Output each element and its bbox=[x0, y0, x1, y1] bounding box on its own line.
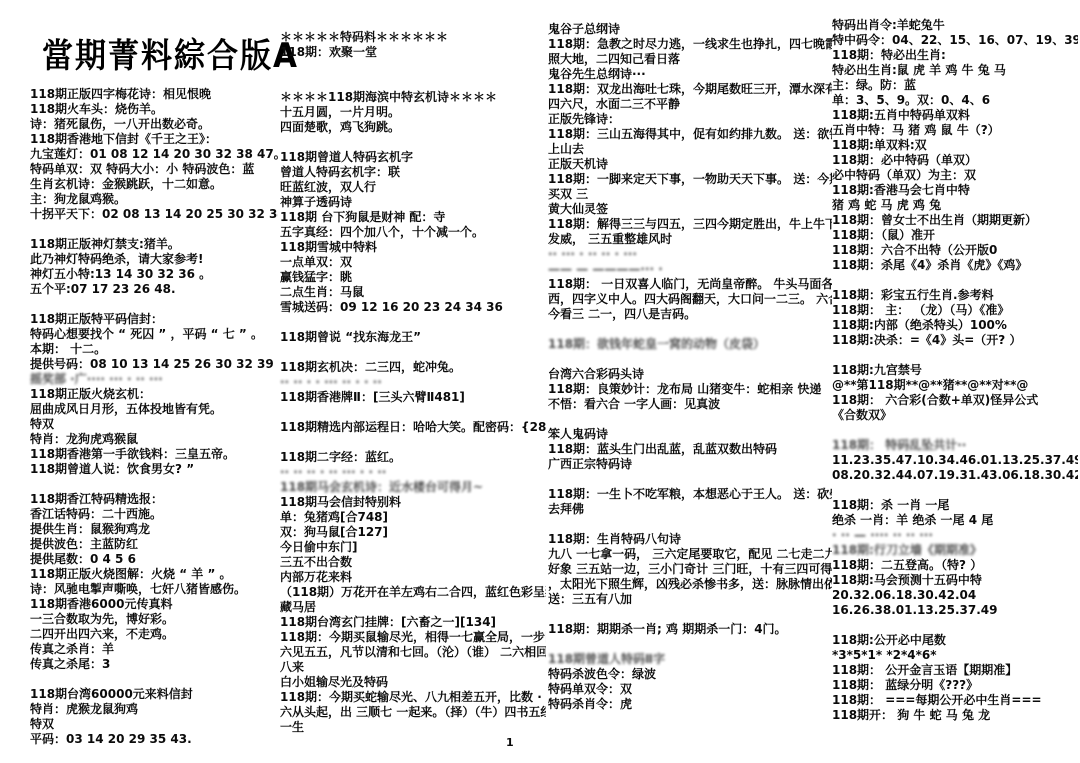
text-line: 特双 bbox=[30, 417, 278, 432]
text-line: 118期:公开必中尾数 bbox=[832, 633, 1078, 648]
text-line: 特码出肖令:羊蛇兔牛 bbox=[832, 18, 1078, 33]
text-line: 118期香江特码精选报： bbox=[30, 492, 278, 507]
text-line: 118期： 主： （龙）（马）《准》 bbox=[832, 303, 1078, 318]
text-line: 118期香港第一手欲钱料：三皇五帝。 bbox=[30, 447, 278, 462]
column-4-lines: 特码出肖令:羊蛇兔牛特中码令：04、22、15、16、07、19、39118期：… bbox=[832, 18, 1078, 723]
text-line: 传真之杀尾：3 bbox=[30, 657, 278, 672]
text-line: 118期:决杀：=《4》头=（开? ） bbox=[832, 333, 1078, 348]
text-line: 118期： 特码乱坠共计·· bbox=[832, 438, 1078, 453]
text-line: ，太阳光下照生辉，凶残必杀惨书多，送：脉脉情出依 bbox=[548, 577, 832, 592]
text-line bbox=[832, 273, 1078, 288]
text-line: @**第118期**@**猪**@**对**@ bbox=[832, 378, 1078, 393]
text-line: 四面楚歌，鸡飞狗跳。 bbox=[280, 120, 546, 135]
text-line: 118期：欢聚一堂 bbox=[280, 45, 546, 60]
text-line: 118期开： 狗 牛 蛇 马 兔 龙 bbox=[832, 708, 1078, 723]
text-line: 特中码令：04、22、15、16、07、19、39 bbox=[832, 33, 1078, 48]
text-line: 神灯五小特:13 14 30 32 36 。 bbox=[30, 267, 278, 282]
text-line: 双：狗马鼠[合127] bbox=[280, 525, 546, 540]
text-line: 六从头起，出 三顺七 一起来。（择）（牛）四书五经度 bbox=[280, 705, 546, 720]
text-line bbox=[548, 637, 832, 652]
text-line bbox=[280, 345, 546, 360]
text-line: 传真之杀肖：羊 bbox=[30, 642, 278, 657]
text-line: 特码杀波色令：绿波 bbox=[548, 667, 832, 682]
text-line: 主：绿。防：蓝 bbox=[832, 78, 1078, 93]
text-line bbox=[548, 352, 832, 367]
text-line: 本期： 十二。 bbox=[30, 342, 278, 357]
text-line: 五字真经：四个加八个，十个减一个。 bbox=[280, 225, 546, 240]
text-line: · ·· — ···· ·· ·· ··· bbox=[832, 528, 1078, 543]
text-line: 好象 三五站一边，三小门奇计 三门旺，十有三四可得科利 bbox=[548, 562, 832, 577]
text-line: 九宝莲灯：01 08 12 14 20 30 32 38 47。 bbox=[30, 147, 278, 162]
text-line: 118期： 一日双喜人临门，无尚皇帝醉。 牛头马面各东 bbox=[548, 277, 832, 292]
text-line: 十拐平天下：02 08 13 14 20 25 30 32 34 39。 bbox=[30, 207, 278, 222]
text-line: 雪城送码：09 12 16 20 23 24 34 36 bbox=[280, 300, 546, 315]
column-3-lines: 鬼谷子总纲诗118期：急教之时尽力逃，一线求生也挣扎，四七晚霞照大地，二四知己看… bbox=[548, 22, 832, 712]
text-line: 118期：蓝头生门出乱蓝，乱蓝双数出特码 bbox=[548, 442, 832, 457]
text-line: 118期：六合不出特（公开版0 bbox=[832, 243, 1078, 258]
text-line bbox=[30, 297, 278, 312]
text-line: 曾道人特码玄机字：联 bbox=[280, 165, 546, 180]
text-line: 118期火车头：烧伤羊。 bbox=[30, 102, 278, 117]
text-line: 118期马会信封特别料 bbox=[280, 495, 546, 510]
text-line: 118期： 公开金言玉语【期期准】 bbox=[832, 663, 1078, 678]
text-line: 118期曾道人说：饮食男女? ” bbox=[30, 462, 278, 477]
text-line: 特双 bbox=[30, 717, 278, 732]
text-line: 118期曾道人特码Ⅱ字 bbox=[548, 652, 832, 667]
text-line: 四六尺，水面二三不平静 bbox=[548, 97, 832, 112]
text-line: 08.20.32.44.07.19.31.43.06.18.30.42 bbox=[832, 468, 1078, 483]
text-line bbox=[280, 75, 546, 90]
text-line bbox=[548, 322, 832, 337]
text-line: 提供生肖：鼠猴狗鸡龙 bbox=[30, 522, 278, 537]
text-line bbox=[280, 135, 546, 150]
text-line: 118期正版神灯禁支:猪羊。 bbox=[30, 237, 278, 252]
text-line: 一三合数取为先，博好彩。 bbox=[30, 612, 278, 627]
column-2-lines: ＊＊＊＊＊特码料＊＊＊＊＊＊118期：欢聚一堂＊＊＊＊118期海滨中特玄机诗＊＊… bbox=[280, 30, 546, 735]
text-line: 118期台湾60000元来料信封 bbox=[30, 687, 278, 702]
text-line: 118期：（鼠）准开 bbox=[832, 228, 1078, 243]
text-line: 118期精选内部运程日：哈哈大笑。配密码：{287} bbox=[280, 420, 546, 435]
text-line: 台湾六合彩码头诗 bbox=[548, 367, 832, 382]
text-line: 摇奖部 ·广···· ··· · ·· ··· bbox=[30, 372, 278, 387]
text-line: 《合数双》 bbox=[832, 408, 1078, 423]
text-line: 提供号码：08 10 13 14 25 26 30 32 39 49 。 bbox=[30, 357, 278, 372]
text-line: 20.32.06.18.30.42.04 bbox=[832, 588, 1078, 603]
text-line: 118期:五肖中特码单双料 bbox=[832, 108, 1078, 123]
text-line: 一生 bbox=[280, 720, 546, 735]
text-line: 绝杀 一肖：羊 绝杀 一尾 4 尾 bbox=[832, 513, 1078, 528]
scanned-lottery-sheet: 當期菁料綜合版A 118期正版四字梅花诗：相见恨晚118期火车头：烧伤羊。诗：猪… bbox=[0, 0, 1080, 763]
text-line: *3*5*1* *2*4*6* bbox=[832, 648, 1078, 663]
text-line: 118期：二五登高。（特? ） bbox=[832, 558, 1078, 573]
text-line: 118期：欲钱年蛇皇一窝的动物（皮袋） bbox=[548, 337, 832, 352]
text-line: ·· ·· · · ··· ·· · · ·· bbox=[280, 375, 546, 390]
text-line: 照大地，二四知己看日落 bbox=[548, 52, 832, 67]
text-line: 118期： 六合彩(合数+单双)怪异公式 bbox=[832, 393, 1078, 408]
text-line: 三五不出合数 bbox=[280, 555, 546, 570]
text-line: ＊＊＊＊＊特码料＊＊＊＊＊＊ bbox=[280, 30, 546, 45]
text-line: 118期马会玄机诗：近水楼台可得月~ bbox=[280, 480, 546, 495]
text-line: 五肖中特：马 猪 鸡 鼠 牛（?） bbox=[832, 123, 1078, 138]
text-line: 单：3、5、9。双：0、4、6 bbox=[832, 93, 1078, 108]
text-line: 118期：特必出生肖: bbox=[832, 48, 1078, 63]
text-line: 平码：03 14 20 29 35 43. bbox=[30, 732, 278, 747]
text-line: 特码单双令：双 bbox=[548, 682, 832, 697]
text-line: 118期:香港马会七肖中特 bbox=[832, 183, 1078, 198]
text-line: 单：兔猪鸡[合748] bbox=[280, 510, 546, 525]
text-line: 118期：必中特码（单双） bbox=[832, 153, 1078, 168]
text-line bbox=[832, 348, 1078, 363]
text-line bbox=[832, 423, 1078, 438]
text-line bbox=[30, 477, 278, 492]
text-line: 藏马居 bbox=[280, 600, 546, 615]
column-3: 鬼谷子总纲诗118期：急教之时尽力逃，一线求生也挣扎，四七晚霞照大地，二四知己看… bbox=[548, 22, 832, 712]
text-line: 11.23.35.47.10.34.46.01.13.25.37.49 bbox=[832, 453, 1078, 468]
text-line: 118期：一生卜不吃军粮，本想恶心于王人。 送：砍柴 bbox=[548, 487, 832, 502]
text-line: 118期：三山五海得其中，促有如约排九数。 送：欲钱 bbox=[548, 127, 832, 142]
text-line bbox=[832, 618, 1078, 633]
text-line: 赢钱猛字：眺 bbox=[280, 270, 546, 285]
text-line: 118期： ===每期公开必中生肖=== bbox=[832, 693, 1078, 708]
text-line: 必中特码（单双）为主：双 bbox=[832, 168, 1078, 183]
text-line: 118期 台下狗鼠是财神 配：寺 bbox=[280, 210, 546, 225]
text-line: 正版先锋诗： bbox=[548, 112, 832, 127]
text-line bbox=[30, 672, 278, 687]
text-line: 白小姐输尽光及特码 bbox=[280, 675, 546, 690]
text-line: 118期：期期杀一肖; 鸡 期期杀一门：4门。 bbox=[548, 622, 832, 637]
text-line: 十五月圆，一片月明。 bbox=[280, 105, 546, 120]
page-number-mark: 1 bbox=[506, 736, 514, 749]
text-line: 神算子透码诗 bbox=[280, 195, 546, 210]
text-line: 西，四字义中人。四大码阁翻天，大口问一二三。 六合 bbox=[548, 292, 832, 307]
text-line: 黄大仙灵签 bbox=[548, 202, 832, 217]
text-line: 118期：解得三三与四五，三四今期定胜出，牛上牛下虎 bbox=[548, 217, 832, 232]
text-line: 118期：曾女士不出生肖（期期更新） bbox=[832, 213, 1078, 228]
text-line: 五个平:07 17 23 26 48. bbox=[30, 282, 278, 297]
text-line: 今看三 二一，四八是吉码。 bbox=[548, 307, 832, 322]
text-line: 诗：猪死鼠伤，一八开出数必奇。 bbox=[30, 117, 278, 132]
text-line: 118期:马会预测十五码中特 bbox=[832, 573, 1078, 588]
text-line: 118期:单双料:双 bbox=[832, 138, 1078, 153]
text-line: 118期正版四字梅花诗：相见恨晚 bbox=[30, 87, 278, 102]
text-line bbox=[280, 435, 546, 450]
text-line: 提供波色：主蓝防红 bbox=[30, 537, 278, 552]
text-line: 118期台湾玄门挂牌：[六畜之一][134] bbox=[280, 615, 546, 630]
text-line bbox=[548, 517, 832, 532]
text-line: 特码单双：双 特码大小：小 特码波色：蓝 bbox=[30, 162, 278, 177]
column-4: 特码出肖令:羊蛇兔牛特中码令：04、22、15、16、07、19、39118期：… bbox=[832, 18, 1078, 723]
text-line: 118期： 蓝绿分明《???》 bbox=[832, 678, 1078, 693]
text-line: 屈曲成风日月形，五体投地皆有凭。 bbox=[30, 402, 278, 417]
text-line: 内部万花来料 bbox=[280, 570, 546, 585]
text-line: 118期雪城中特料 bbox=[280, 240, 546, 255]
text-line: 特肖：龙狗虎鸡猴鼠 bbox=[30, 432, 278, 447]
text-line: 送：三五有八加 bbox=[548, 592, 832, 607]
text-line: 正版天机诗 bbox=[548, 157, 832, 172]
text-line bbox=[548, 412, 832, 427]
text-line: 上山去 bbox=[548, 142, 832, 157]
text-line: 今日偷中东门] bbox=[280, 540, 546, 555]
text-line: 118期：杀尾《4》杀肖《虎》《鸡》 bbox=[832, 258, 1078, 273]
text-line: 118期二字经：蓝红。 bbox=[280, 450, 546, 465]
text-line: 不悟：看六合 一字人画：见真波 bbox=[548, 397, 832, 412]
page-title: 當期菁料綜合版A bbox=[42, 28, 278, 77]
text-line: 118期曾说 “找东海龙王” bbox=[280, 330, 546, 345]
text-line: 笨人鬼码诗 bbox=[548, 427, 832, 442]
text-line: 香江话特码：二十西施。 bbox=[30, 507, 278, 522]
text-line: 118期：一脚来定天下事，一物助天天下事。 送：今期 bbox=[548, 172, 832, 187]
text-line: 主：狗龙鼠鸡猴。 bbox=[30, 192, 278, 207]
text-line: ＊＊＊＊118期海滨中特玄机诗＊＊＊＊ bbox=[280, 90, 546, 105]
text-line: ·· ·· ·· · ·· ··· · · ·· bbox=[280, 465, 546, 480]
text-line: 去拜佛 bbox=[548, 502, 832, 517]
text-line: 118期:行刀立墙《期期准》 bbox=[832, 543, 1078, 558]
text-line: 诗：风驰电掣声嘶唤，七奸八猪皆感伤。 bbox=[30, 582, 278, 597]
text-line bbox=[832, 483, 1078, 498]
text-line: 特码心想要找个 “ 死囚 ” ，平码 “ 七 ” 。 bbox=[30, 327, 278, 342]
text-line: 118期香港6000元传真料 bbox=[30, 597, 278, 612]
text-line: 九八 一七拿一码， 三六定尾要取它，配见 二七走二九， bbox=[548, 547, 832, 562]
text-line: 广西正宗特码诗 bbox=[548, 457, 832, 472]
text-line bbox=[280, 405, 546, 420]
text-line: 八来 bbox=[280, 660, 546, 675]
text-line: 16.26.38.01.13.25.37.49 bbox=[832, 603, 1078, 618]
text-line: 特必出生肖:鼠 虎 羊 鸡 牛 兔 马 bbox=[832, 63, 1078, 78]
text-line: 二四开出四六来，不走鸡。 bbox=[30, 627, 278, 642]
text-line: 特肖：虎猴龙鼠狗鸡 bbox=[30, 702, 278, 717]
text-line: 118期:九宫禁号 bbox=[832, 363, 1078, 378]
text-line bbox=[548, 607, 832, 622]
text-line: —— — ————··· · bbox=[548, 262, 832, 277]
text-line: 118期正版火烧图解：火烧 “ 羊 ” 。 bbox=[30, 567, 278, 582]
text-line: 118期正版特平码信封： bbox=[30, 312, 278, 327]
text-line: 118期曾道人特码玄机字 bbox=[280, 150, 546, 165]
text-line: 118期玄机决：二三四，蛇冲兔。 bbox=[280, 360, 546, 375]
column-1-lines: 118期正版四字梅花诗：相见恨晚118期火车头：烧伤羊。诗：猪死鼠伤，一八开出数… bbox=[30, 87, 278, 747]
text-line: 118期：良策妙计：龙布局 山猪变牛：蛇相亲 快递 bbox=[548, 382, 832, 397]
text-line: 118期：双龙出海吐七珠，今期尾数旺三开，潭水深有 bbox=[548, 82, 832, 97]
text-line: 118期香港地下信封《千王之王》： bbox=[30, 132, 278, 147]
text-line: ·· ··· · ·· ·· · ··· bbox=[548, 247, 832, 262]
text-line: 二点生肖：马鼠 bbox=[280, 285, 546, 300]
text-line: 特码杀肖令：虎 bbox=[548, 697, 832, 712]
text-line: 118期：今期买鼠输尽光，相得一七赢全局，一步四 bbox=[280, 630, 546, 645]
text-line: 买双 三 bbox=[548, 187, 832, 202]
text-line bbox=[548, 472, 832, 487]
column-2: ＊＊＊＊＊特码料＊＊＊＊＊＊118期：欢聚一堂＊＊＊＊118期海滨中特玄机诗＊＊… bbox=[280, 30, 546, 735]
text-line: 鬼谷先生总纲诗··· bbox=[548, 67, 832, 82]
text-line: 118期正版火烧玄机： bbox=[30, 387, 278, 402]
text-line: 118期：彩宝五行生肖.参考料 bbox=[832, 288, 1078, 303]
text-line bbox=[280, 60, 546, 75]
column-1: 當期菁料綜合版A 118期正版四字梅花诗：相见恨晚118期火车头：烧伤羊。诗：猪… bbox=[30, 30, 278, 747]
text-line bbox=[30, 222, 278, 237]
text-line: 旺蓝红波，双人行 bbox=[280, 180, 546, 195]
text-line: 生肖玄机诗：金猴跳跃，十二如意。 bbox=[30, 177, 278, 192]
text-line: 猪 鸡 蛇 马 虎 鸡 兔 bbox=[832, 198, 1078, 213]
text-line: 118期：急教之时尽力逃，一线求生也挣扎，四七晚霞 bbox=[548, 37, 832, 52]
text-line: 鬼谷子总纲诗 bbox=[548, 22, 832, 37]
text-line: 118期：杀 一肖 一尾 bbox=[832, 498, 1078, 513]
text-line: 118期：今期买蛇输尽光、八九相差五开，比数 · bbox=[280, 690, 546, 705]
text-line: 提供尾数：0 4 5 6 bbox=[30, 552, 278, 567]
text-line: 一点单双：双 bbox=[280, 255, 546, 270]
text-line: 六见五五，凡节以清和七回。（沦）（谁） 二六相回与 bbox=[280, 645, 546, 660]
text-line: 118期香港牌Ⅱ：[三头六臂Ⅱ481] bbox=[280, 390, 546, 405]
text-line: 118期:内部（绝杀特头）100% bbox=[832, 318, 1078, 333]
text-line: 118期：生肖特码八句诗 bbox=[548, 532, 832, 547]
text-line bbox=[280, 315, 546, 330]
text-line: 此乃神灯特码绝杀，请大家参考! bbox=[30, 252, 278, 267]
text-line: （118期）万花开在羊左鸡右二合四，蓝红色彩呈狗 bbox=[280, 585, 546, 600]
text-line: 发威， 三五重整雄风时 bbox=[548, 232, 832, 247]
